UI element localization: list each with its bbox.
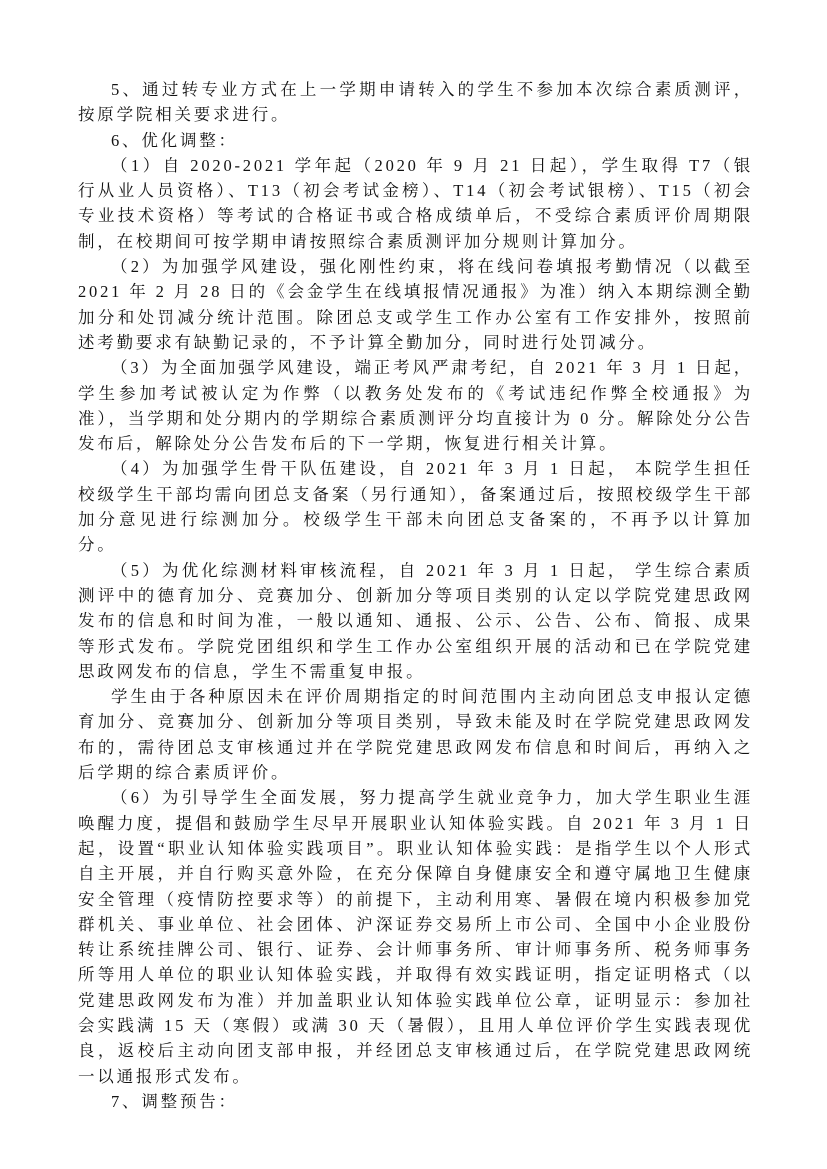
- paragraph-item5-late-declaration: 学生由于各种原因未在评价周期指定的时间范围内主动向团总支申报认定德育加分、竞赛加…: [78, 684, 753, 785]
- paragraph-item1-exam-certificates: （1）自 2020-2021 学年起（2020 年 9 月 21 日起），学生取…: [78, 153, 753, 254]
- paragraph-heading-optimization: 6、优化调整：: [78, 128, 753, 153]
- paragraph-item4-cadre-filing: （4）为加强学生骨干队伍建设，自 2021 年 3 月 1 日起， 本院学生担任…: [78, 456, 753, 557]
- paragraph-heading-adjustment-notice: 7、调整预告：: [78, 1089, 753, 1114]
- paragraph-transfer-students: 5、通过转专业方式在上一学期申请转入的学生不参加本次综合素质测评，按原学院相关要…: [78, 77, 753, 128]
- paragraph-item6-career-practice: （6）为引导学生全面发展，努力提高学生就业竞争力，加大学生职业生涯唤醒力度，提倡…: [78, 785, 753, 1089]
- paragraph-item3-exam-cheating: （3）为全面加强学风建设，端正考风严肃考纪，自 2021 年 3 月 1 日起，…: [78, 355, 753, 456]
- paragraph-item5-material-review: （5）为优化综测材料审核流程，自 2021 年 3 月 1 日起， 学生综合素质…: [78, 558, 753, 684]
- paragraph-item2-attendance: （2）为加强学风建设，强化刚性约束，将在线问卷填报考勤情况（以截至 2021 年…: [78, 254, 753, 355]
- document-page: 5、通过转专业方式在上一学期申请转入的学生不参加本次综合素质测评，按原学院相关要…: [0, 0, 827, 1169]
